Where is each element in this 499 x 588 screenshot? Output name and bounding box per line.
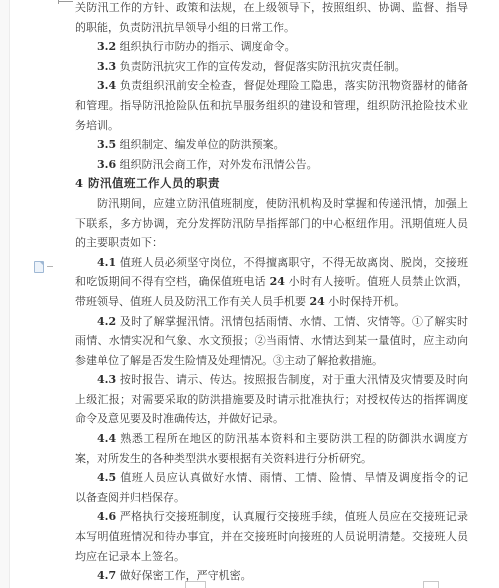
text-line-12: 下联系，多方协调，充分发挥防汛防旱指挥部门的中心枢纽作用。汛期值班人员 [75, 214, 468, 234]
text-line-14: 4.1 值班人员必须坚守岗位，不得擅离职守，不得无故离岗、脱岗，交接班 [75, 253, 468, 273]
text-line-24: 案，对所发生的各种类型洪水要根据有关资料进行分析研究。 [75, 449, 468, 469]
comment-margin-dash [47, 266, 53, 267]
text-line-22: 命令及意见要及时准确传达，并做好记录。 [75, 409, 468, 429]
text-line-29: 均应在记录本上签名。 [75, 547, 468, 567]
text-line-13: 的主要职责如下： [75, 233, 468, 253]
text-line-18: 雨情、水情实况和气象、水文预报；②当雨情、水情达到某一量值时，应主动向 [75, 331, 468, 351]
text-line-19: 参建单位了解是否发生险情及处理情况。③主动了解抢救措施。 [75, 351, 468, 371]
text-line-11: 防汛期间，应建立防汛值班制度，使防汛机构及时掌握和传递汛情，加强上 [75, 194, 468, 214]
page-left-edge [0, 0, 10, 588]
text-line-7: 务培训。 [75, 116, 468, 136]
text-line-5: 3.4 负责组织汛前安全检查，督促处理险工隐患，落实防汛物资器材的储备 [75, 76, 468, 96]
text-line-17: 4.2 及时了解掌握汛情。汛情包括雨情、水情、工情、灾情等。①了解实时 [75, 312, 468, 332]
text-line-2: 的职能，负责防汛抗旱领导小组的日常工作。 [75, 18, 468, 38]
text-line-15: 和吃饭期间不得有空档，确保值班电话 24 小时有人接听。值班人员禁止饮酒， [75, 272, 468, 292]
section-heading: 4 防汛值班工作人员的职责 [75, 174, 468, 194]
text-boundary-corner-mark [58, 1, 73, 2]
text-line-3: 3.2 组织执行市防办的指示、调度命令。 [75, 37, 468, 57]
text-line-28: 本写明值班情况和待办事宜，并在交接班时向接班的人员说明清楚。交接班人员 [75, 527, 468, 547]
text-line-21: 上级汇报；对需要采取的防洪措施要及时请示批准执行；对授权传达的指挥调度 [75, 390, 468, 410]
text-line-30: 4.7 做好保密工作，严守机密。 [75, 566, 468, 586]
text-boundary-corner-mark [58, 0, 59, 4]
text-line-1: 关防汛工作的方针、政策和法规，在上级领导下，按照组织、协调、监督、指导 [75, 0, 468, 18]
text-line-25: 4.5 值班人员应认真做好水情、雨情、工情、险情、旱情及调度指令的记录， [75, 468, 468, 488]
text-line-9: 3.6 组织防汛会商工作，对外发布汛情公告。 [75, 155, 468, 175]
text-line-23: 4.4 熟悉工程所在地区的防汛基本资料和主要防洪工程的防御洪水调度方 [75, 429, 468, 449]
text-line-20: 4.3 按时报告、请示、传达。按照报告制度，对于重大汛情及灾情要及时向 [75, 370, 468, 390]
text-line-6: 和管理。指导防汛抢险队伍和抗旱服务组织的建设和管理，组织防汛抢险技术业 [75, 96, 468, 116]
text-line-4: 3.3 负责防汛抗灾工作的宣传发动，督促落实防汛抗灾责任制。 [75, 57, 468, 77]
text-line-8: 3.5 组织制定、编发单位的防洪预案。 [75, 135, 468, 155]
text-line-27: 4.6 严格执行交接班制度，认真履行交接班手续，值班人员应在交接班记录 [75, 507, 468, 527]
document-page: 关防汛工作的方针、政策和法规，在上级领导下，按照组织、协调、监督、指导 的职能，… [75, 0, 468, 586]
comment-margin-icon[interactable] [34, 261, 44, 273]
text-line-26: 以备查阅并归档保存。 [75, 488, 468, 508]
text-line-16: 带班领导、值班人员及防汛工作有关人员手机要 24 小时保持开机。 [75, 292, 468, 312]
